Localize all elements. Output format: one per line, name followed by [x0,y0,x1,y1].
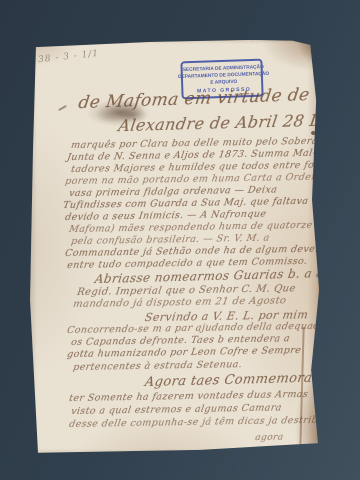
manuscript-page: 38 - 3 - 1/1 SECRETARIA DE ADMINISTRAÇÃO… [28,37,322,457]
handwriting-line: Alexandre de Abril 28 D. [117,111,329,136]
burned-corner-fold [296,37,322,67]
handwriting-line: Agora taes Commemora [144,371,314,390]
document-photo: 38 - 3 - 1/1 SECRETARIA DE ADMINISTRAÇÃO… [0,0,360,480]
handwriting-line: agora [254,433,284,444]
handwriting-block: de Mafoma em virtude de 1870Alexandre de… [28,37,322,457]
handwriting-line: mandando já disposto em 21 de Agosto [72,295,287,310]
ink-dot [311,131,316,135]
handwriting-line: pertencentes à estrada Setenua. [72,359,243,373]
handwriting-line: visto a qual estremos e algumas Camara [70,402,282,417]
